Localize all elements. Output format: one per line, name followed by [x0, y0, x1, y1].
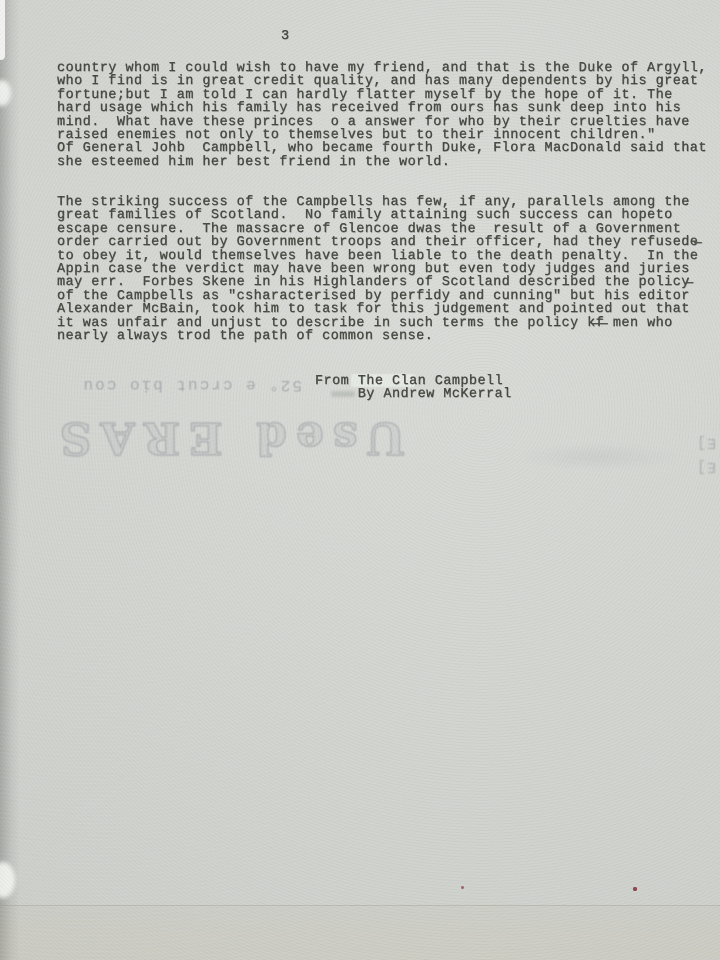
- red-ink-dot: [633, 887, 637, 891]
- body-line: nearly always trod the path of common se…: [57, 330, 698, 343]
- bleedthrough-typed-line: 52° e crcut bio cou: [46, 374, 302, 396]
- body-line: Appin case the verdict may have been wro…: [57, 263, 698, 276]
- bottom-crease: [0, 905, 720, 960]
- paragraph-two: The striking success of the Campbells ha…: [57, 196, 698, 343]
- body-line: to obey it, would themselves have been l…: [57, 250, 698, 263]
- body-line: order carried out by Government troops a…: [57, 236, 698, 249]
- body-line: great families of Scotland. No family at…: [57, 209, 698, 222]
- attribution-line: By Andrew McKerral: [315, 388, 512, 401]
- body-line: fortune;but I am told I can hardly flatt…: [57, 89, 707, 102]
- body-line: it was unfair and unjust to describe in …: [57, 317, 698, 330]
- paragraph-one: country whom I could wish to have my fri…: [57, 62, 707, 169]
- left-edge-shadow: [0, 0, 20, 960]
- body-line: of the Campbells as "csharacterised by p…: [57, 290, 698, 303]
- body-line: raised enemies not only to themselves bu…: [57, 129, 707, 142]
- scanned-typewritten-page: Used ERAS 52° e crcut bio cou E] E] 3 co…: [0, 0, 720, 960]
- attribution-line: From The Clan Campbell: [315, 375, 512, 388]
- body-line: The striking success of the Campbells ha…: [57, 196, 698, 209]
- body-line: may err. Forbes Skene in his Highlanders…: [57, 276, 698, 289]
- red-ink-dot: [461, 886, 464, 889]
- body-line: who I find is in great credit quality, a…: [57, 75, 707, 88]
- bleedthrough-smear: [490, 440, 705, 474]
- body-line: Of General Johb Campbell, who became fou…: [57, 142, 707, 155]
- body-line: country whom I could wish to have my fri…: [57, 62, 707, 75]
- body-line: escape censure. The massacre of Glencoe …: [57, 223, 698, 236]
- body-line: she esteemed him her best friend in the …: [57, 156, 707, 169]
- page-number: 3: [281, 30, 290, 43]
- body-line: mind. What have these princes o a answer…: [57, 116, 707, 129]
- bleedthrough-headline-text: Used ERAS: [5, 403, 405, 465]
- body-line: Alexander McBain, took him to task for t…: [57, 303, 698, 316]
- top-left-paper-sliver: [0, 0, 5, 60]
- attribution-block: From The Clan Campbell By Andrew McKerra…: [315, 375, 512, 402]
- body-line: hard usage which his family has received…: [57, 102, 707, 115]
